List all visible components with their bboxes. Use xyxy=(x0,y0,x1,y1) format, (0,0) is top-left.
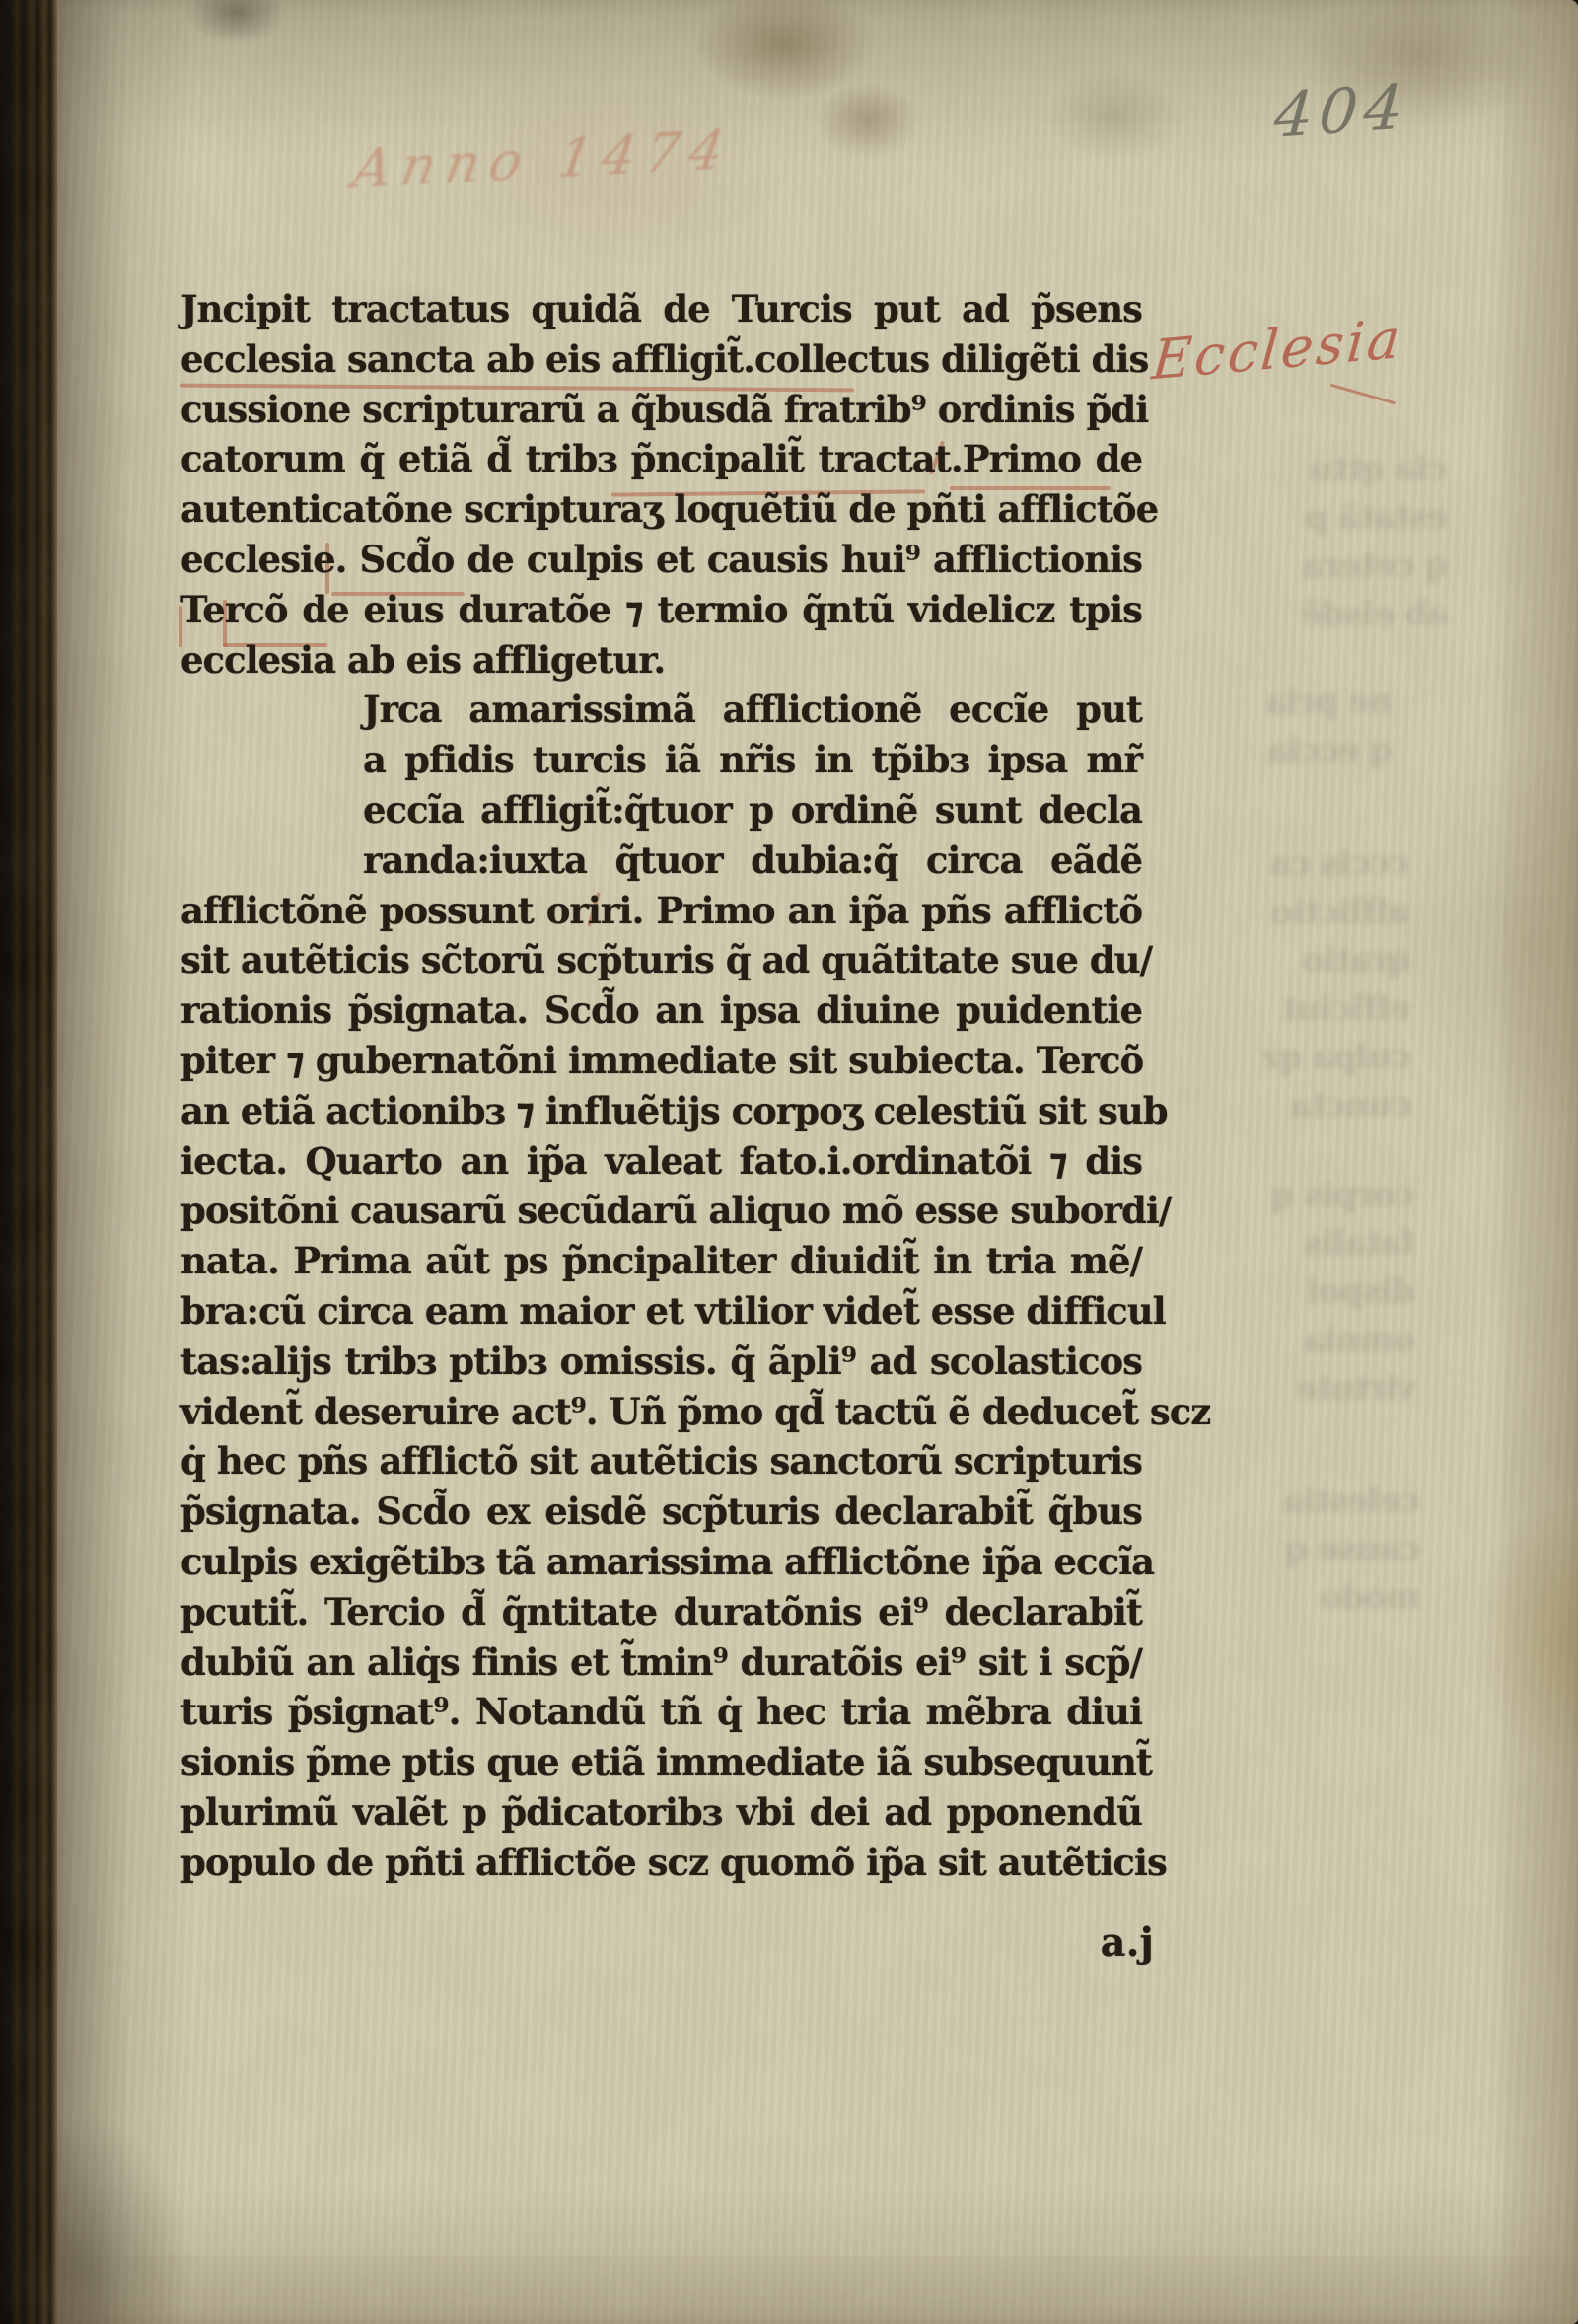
text-line: cussione scripturarũ a q̃busdã fratrib⁹ … xyxy=(180,385,1142,435)
verso-showthrough-block: cia qttu estatã p q cetera ab eisdẽ xyxy=(1151,445,1449,641)
text-line: dubiũ an aliq̇s finis et t̃min⁹ duratõis… xyxy=(180,1637,1142,1688)
text-line-indented: Jrca amarissimã afflictionẽ eccĩe put xyxy=(180,685,1142,735)
text-line: pcutit̃. Tercio d̃ q̃ntitate duratõnis e… xyxy=(180,1587,1142,1637)
book-binding-edge xyxy=(0,0,57,2324)
text-line: vident̃ deseruire act⁹. Uñ p̃mo qd̃ tact… xyxy=(180,1387,1142,1437)
verso-showthrough-block: ne pria q eccia xyxy=(1156,678,1394,776)
text-line: bra:cũ circa eam maior et vtilior videt̃… xyxy=(180,1286,1142,1337)
text-line: nata. Prima aũt ps p̃ncipaliter diuidit̃… xyxy=(180,1236,1142,1286)
text-line: piter ⁊ gubernatõni immediate sit subiec… xyxy=(180,1036,1142,1086)
printed-text-block: Jncipit tractatus quidã de Turcis put ad… xyxy=(180,284,1142,1888)
text-line-indented: randa:iuxta q̃tuor dubia:q̃ circa eãdẽ xyxy=(180,835,1142,886)
text-line: rationis p̃signata. Scd̃o an ipsa diuine… xyxy=(180,985,1142,1036)
text-line: Tercõ de eius duratõe ⁊ termio q̃ntũ vid… xyxy=(180,585,1142,635)
text-line: q̇ hec pñs afflictõ sit autẽticis sancto… xyxy=(180,1436,1142,1487)
text-line: plurimũ valẽt p p̃dicatoribɜ vbi dei ad … xyxy=(180,1787,1142,1838)
text-line: catorum q̃ etiã d̃ tribɜ p̃ncipalit̃ tra… xyxy=(180,434,1142,484)
verso-showthrough-block: cccis ca afflictio qratio efficiut culpa… xyxy=(1163,839,1412,1131)
verso-showthrough-block: corpis q fatalis dispoi omnia virtute xyxy=(1168,1171,1416,1415)
text-line: turis p̃signat⁹. Notandũ tñ q̇ hec tria … xyxy=(180,1687,1142,1737)
text-line: autenticatõne scripturaʒ loquẽtiũ de pñt… xyxy=(180,484,1142,535)
text-line: culpis exigẽtibɜ tã amarissima afflictõn… xyxy=(180,1537,1142,1587)
text-line-indented: eccĩa affligit̃:q̃tuor p ordinẽ sunt dec… xyxy=(180,785,1142,835)
text-line: p̃signata. Scd̃o ex eisdẽ scp̃turis decl… xyxy=(180,1487,1142,1537)
text-line: afflictõnẽ possunt oriri. Primo an ip̃a … xyxy=(180,886,1142,936)
text-line: tas:alijs tribɜ ptibɜ omissis. q̃ ãpli⁹ … xyxy=(180,1337,1142,1387)
text-line: an etiã actionibɜ ⁊ influẽtijs corpoʒ ce… xyxy=(180,1086,1142,1136)
text-line: ecclesia sancta ab eis affligit̃.collect… xyxy=(180,334,1142,385)
verso-showthrough-block: celestia cause q modo xyxy=(1173,1477,1420,1624)
text-line: iecta. Quarto an ip̃a valeat fato.i.ordi… xyxy=(180,1136,1142,1187)
text-line: positõni causarũ secũdarũ aliquo mõ esse… xyxy=(180,1186,1142,1236)
text-line: populo de pñti afflictõe scz quomõ ip̃a … xyxy=(180,1838,1142,1888)
text-line: Jncipit tractatus quidã de Turcis put ad… xyxy=(180,284,1142,334)
incunable-page-scan: cia qttu estatã p q cetera ab eisdẽ ne p… xyxy=(0,0,1578,2324)
text-line: sionis p̃me ptis que etiã immediate iã s… xyxy=(180,1737,1142,1787)
folio-number-handwritten: 404 xyxy=(1272,70,1411,152)
text-line: ecclesie. Scd̃o de culpis et causis hui⁹… xyxy=(180,535,1142,585)
text-line-indented: a pfidis turcis iã nr̃is in tp̃ibɜ ipsa … xyxy=(180,735,1142,785)
quire-signature: a.j xyxy=(1026,1920,1154,1966)
text-line: ecclesia ab eis affligetur. xyxy=(180,635,1142,686)
text-line: sit autẽticis sc̃torũ scp̃turis q̃ ad qu… xyxy=(180,935,1142,985)
